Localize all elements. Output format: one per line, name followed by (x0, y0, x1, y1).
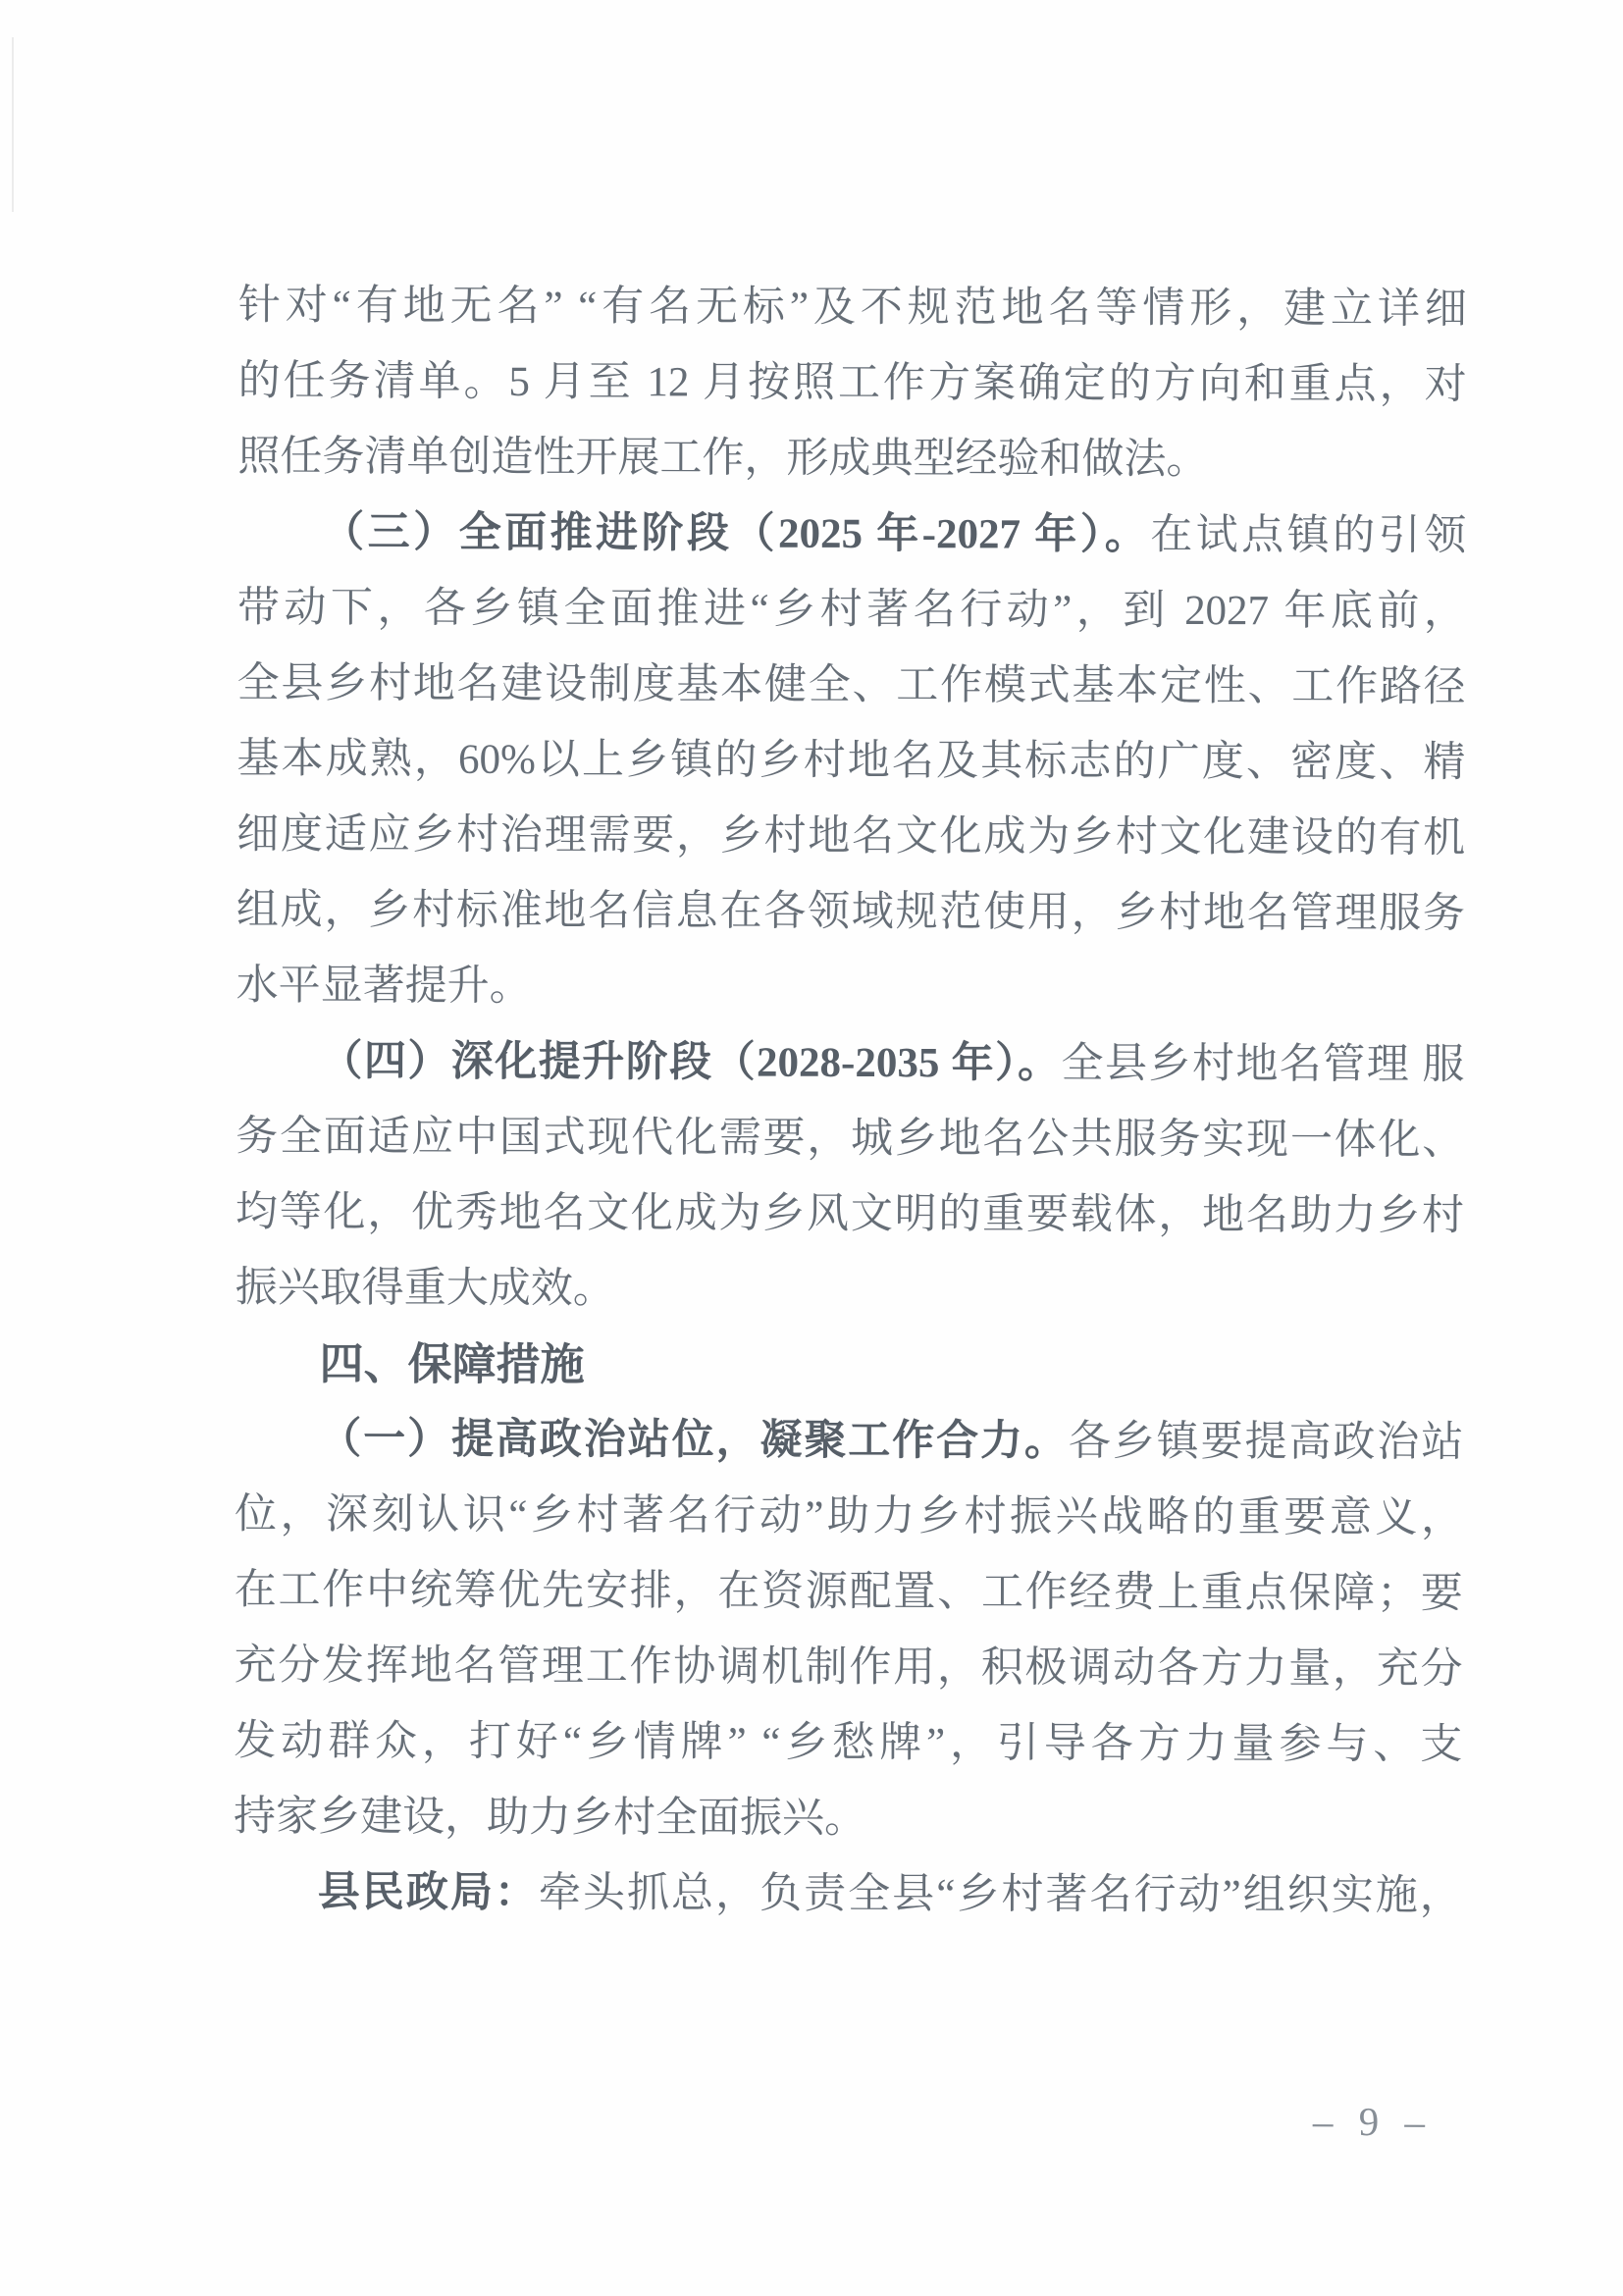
line-text: 充分发挥地名管理工作协调机制作用，积极调动各方力量，充分 (234, 1643, 1462, 1693)
section-heading: 四、保障措施 (235, 1326, 1463, 1405)
line-text: 基本成熟，60%以上乡镇的乡村地名及其标志的广度、密度、精 (236, 736, 1465, 786)
bold-lead-in: 县民政局： (318, 1869, 539, 1916)
text-line: 持家乡建设，助力乡村全面振兴。 (234, 1779, 1462, 1858)
bold-lead-in: （四）深化提升阶段（2028-2035 年）。 (320, 1038, 1061, 1086)
text-line: 在工作中统筹优先安排，在资源配置、工作经费上重点保障；要 (235, 1552, 1463, 1632)
line-text: 针对“有地无名” “有名无标”及不规范地名等情形，建立详细 (238, 283, 1467, 333)
line-text: 组成，乡村标准地名信息在各领域规范使用，乡村地名管理服务 (236, 887, 1465, 937)
scanned-document-page: 针对“有地无名” “有名无标”及不规范地名等情形，建立详细 的任务清单。5 月至… (0, 0, 1623, 2296)
text-line: 组成，乡村标准地名信息在各领域规范使用，乡村地名管理服务 (236, 872, 1465, 952)
line-text: 照任务清单创造性开展工作，形成典型经验和做法。 (237, 434, 1208, 483)
line-text: 水平显著提升。 (236, 963, 532, 1010)
text-line: （三）全面推进阶段（2025 年-2027 年）。在试点镇的引领 (237, 495, 1466, 574)
scan-edge-artifact (12, 37, 14, 212)
line-text: 均等化，优秀地名文化成为乡风文明的重要载体，地名助力乡村 (236, 1189, 1464, 1239)
line-text: 带动下，各乡镇全面推进“乡村著名行动”，到 2027 年底前， (237, 585, 1466, 635)
text-line: 水平显著提升。 (236, 948, 1465, 1027)
text-line: （一）提高政治站位，凝聚工作合力。各乡镇要提高政治站 (235, 1401, 1463, 1481)
line-text: 全县乡村地名管理 服 (1061, 1041, 1464, 1088)
text-line: 基本成熟，60%以上乡镇的乡村地名及其标志的广度、密度、精 (236, 721, 1465, 801)
text-line: 位，深刻认识“乡村著名行动”助力乡村振兴战略的重要意义， (235, 1477, 1463, 1556)
line-text: 在试点镇的引领 (1150, 512, 1466, 559)
text-line: 发动群众，打好“乡情牌” “乡愁牌”，引导各方力量参与、支 (234, 1703, 1462, 1783)
line-text: 持家乡建设，助力乡村全面振兴。 (234, 1794, 866, 1842)
text-line: 的任务清单。5 月至 12 月按照工作方案确定的方向和重点，对 (238, 343, 1467, 423)
page-number: – 9 – (1313, 2092, 1425, 2152)
line-text: 牵头抓总，负责全县“乡村著名行动”组织实施， (539, 1870, 1462, 1919)
document-body: 针对“有地无名” “有名无标”及不规范地名等情形，建立详细 的任务清单。5 月至… (234, 268, 1467, 1934)
text-line: 均等化，优秀地名文化成为乡风文明的重要载体，地名助力乡村 (236, 1174, 1464, 1254)
line-text: 在工作中统筹优先安排，在资源配置、工作经费上重点保障；要 (235, 1567, 1463, 1617)
text-line: （四）深化提升阶段（2028-2035 年）。全县乡村地名管理 服 (236, 1023, 1464, 1103)
text-line: 全县乡村地名建设制度基本健全、工作模式基本定性、工作路径 (237, 646, 1466, 725)
text-line: 充分发挥地名管理工作协调机制作用，积极调动各方力量，充分 (234, 1628, 1462, 1707)
text-line: 带动下，各乡镇全面推进“乡村著名行动”，到 2027 年底前， (237, 570, 1466, 650)
text-line: 针对“有地无名” “有名无标”及不规范地名等情形，建立详细 (238, 268, 1467, 347)
text-line: 务全面适应中国式现代化需要，城乡地名公共服务实现一体化、 (236, 1099, 1464, 1178)
text-line: 县民政局：牵头抓总，负责全县“乡村著名行动”组织实施， (234, 1854, 1462, 1934)
line-text: 发动群众，打好“乡情牌” “乡愁牌”，引导各方力量参与、支 (234, 1718, 1462, 1768)
text-line: 照任务清单创造性开展工作，形成典型经验和做法。 (237, 419, 1466, 498)
line-text: 的任务清单。5 月至 12 月按照工作方案确定的方向和重点，对 (238, 358, 1467, 408)
line-text: 位，深刻认识“乡村著名行动”助力乡村振兴战略的重要意义， (235, 1491, 1463, 1541)
text-line: 细度适应乡村治理需要，乡村地名文化成为乡村文化建设的有机 (236, 797, 1465, 876)
line-text: 各乡镇要提高政治站 (1069, 1419, 1464, 1466)
line-text: 振兴取得重大成效。 (236, 1265, 615, 1312)
line-text: 全县乡村地名建设制度基本健全、工作模式基本定性、工作路径 (237, 660, 1466, 710)
line-text: 务全面适应中国式现代化需要，城乡地名公共服务实现一体化、 (236, 1114, 1464, 1164)
line-text: 细度适应乡村治理需要，乡村地名文化成为乡村文化建设的有机 (236, 811, 1465, 861)
bold-lead-in: （三）全面推进阶段（2025 年-2027 年）。 (322, 509, 1150, 558)
text-line: 振兴取得重大成效。 (236, 1250, 1464, 1330)
heading-text: 四、保障措施 (319, 1338, 584, 1389)
bold-lead-in: （一）提高政治站位，凝聚工作合力。 (319, 1416, 1069, 1464)
